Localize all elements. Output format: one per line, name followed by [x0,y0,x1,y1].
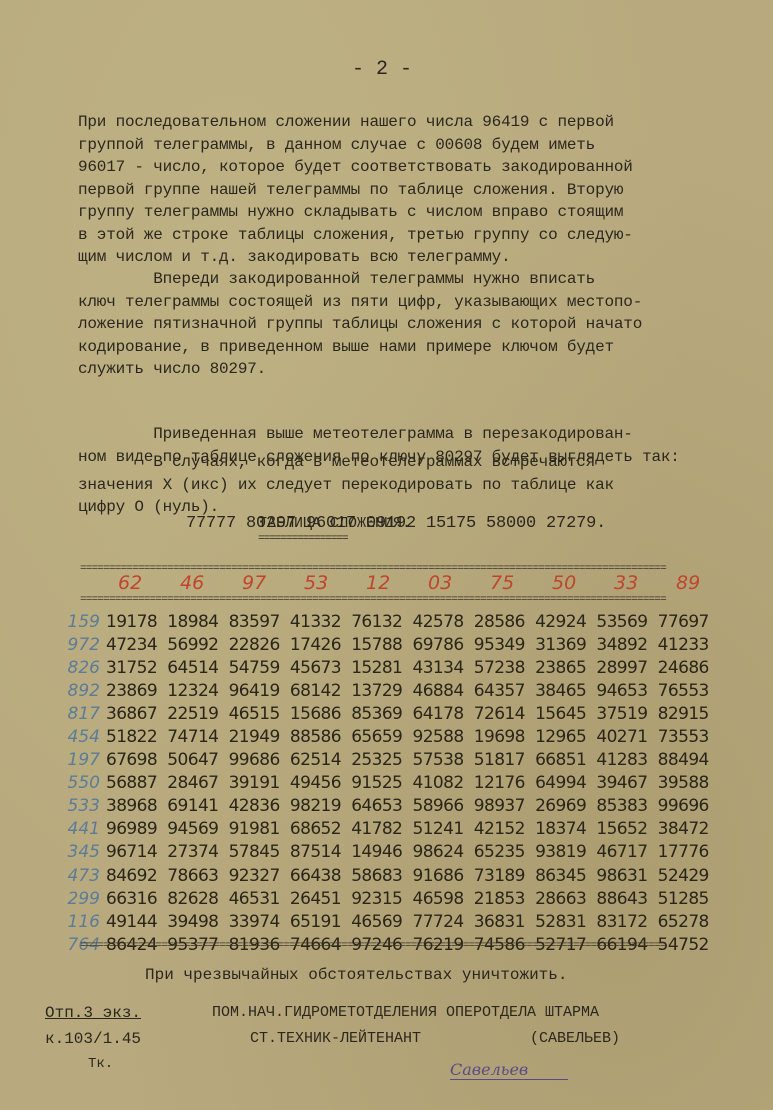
text-line: группу телеграммы нужно складывать с чис… [78,201,718,224]
table-cell: 68652 [290,819,351,839]
text-line: кодирование, в приведенном выше нами при… [78,336,718,359]
table-cell: 99696 [658,796,719,816]
table-cell: 77724 [412,912,473,932]
table-cell: 65191 [290,912,351,932]
table-cell: 92315 [351,889,412,909]
table-cell: 85383 [596,796,657,816]
table-cell: 42578 [412,612,473,632]
table-cell: 19698 [474,727,535,747]
table-cell: 49456 [290,773,351,793]
table-cell: 49144 [106,912,167,932]
text-line: В случаях, когда в метеотелеграммах встр… [78,451,718,474]
column-header: 12 [366,572,428,594]
addition-table: 1591917818984835974133276132425782858642… [60,610,719,956]
row-label: 550 [60,773,106,793]
table-rule-bottom: ========================================… [80,940,740,952]
table-cell: 57538 [412,750,473,770]
row-label: 441 [60,819,106,839]
table-cell: 88643 [596,889,657,909]
table-row: 8922386912324964196814213729468846435738… [60,679,719,702]
column-header: 97 [242,572,304,594]
table-cell: 96419 [229,681,290,701]
table-cell: 98937 [474,796,535,816]
table-cell: 18374 [535,819,596,839]
text-line: первой группе нашей телеграммы по таблиц… [78,179,718,202]
table-cell: 64357 [474,681,535,701]
row-label: 473 [60,866,106,886]
table-cell: 37519 [596,704,657,724]
table-cell: 58966 [412,796,473,816]
table-cell: 31752 [106,658,167,678]
row-label: 299 [60,889,106,909]
text-line: щим числом и т.д. закодировать всю телег… [78,246,718,269]
table-cell: 22519 [167,704,228,724]
table-cell: 91981 [229,819,290,839]
table-cell: 15645 [535,704,596,724]
text-line: Приведенная выше метеотелеграмма в перез… [78,423,718,446]
table-title-underline: ================ [258,533,348,545]
handwritten-signature: Савельев [450,1060,568,1080]
table-cell: 64653 [351,796,412,816]
table-cell: 19178 [106,612,167,632]
table-cell: 12176 [474,773,535,793]
table-cell: 39191 [229,773,290,793]
table-cell: 78663 [167,866,228,886]
table-row: 4738469278663923276643858683916867318986… [60,864,719,887]
table-cell: 68142 [290,681,351,701]
table-cell: 46531 [229,889,290,909]
table-cell: 94569 [167,819,228,839]
table-cell: 99686 [229,750,290,770]
table-cell: 36831 [474,912,535,932]
row-label: 826 [60,658,106,678]
table-cell: 46884 [412,681,473,701]
table-row: 4419698994569919816865241782512414215218… [60,818,719,841]
table-cell: 95349 [474,635,535,655]
table-cell: 72614 [474,704,535,724]
table-cell: 66438 [290,866,351,886]
column-header: 33 [614,572,676,594]
text-line: Впереди закодированной телеграммы нужно … [78,268,718,291]
table-cell: 39498 [167,912,228,932]
table-cell: 38472 [658,819,719,839]
table-cell: 96989 [106,819,167,839]
table-row: 5333896869141428369821964653589669893726… [60,795,719,818]
table-cell: 38465 [535,681,596,701]
table-cell: 41332 [290,612,351,632]
table-cell: 28586 [474,612,535,632]
table-cell: 96714 [106,842,167,862]
table-cell: 26451 [290,889,351,909]
table-cell: 17426 [290,635,351,655]
table-rule-header: ========================================… [80,594,740,606]
table-cell: 41782 [351,819,412,839]
column-header: 89 [676,572,738,594]
table-cell: 17776 [658,842,719,862]
column-header: 75 [490,572,552,594]
row-label: 533 [60,796,106,816]
table-cell: 57238 [474,658,535,678]
table-cell: 85369 [351,704,412,724]
table-cell: 46598 [412,889,473,909]
table-cell: 91525 [351,773,412,793]
table-cell: 23865 [535,658,596,678]
table-cell: 50647 [167,750,228,770]
table-cell: 77697 [658,612,719,632]
table-cell: 15652 [596,819,657,839]
destroy-notice: При чрезвычайных обстоятельствах уничтож… [145,966,567,984]
column-header: 62 [118,572,180,594]
table-cell: 64178 [412,704,473,724]
table-cell: 38968 [106,796,167,816]
table-cell: 46717 [596,842,657,862]
column-header: 03 [428,572,490,594]
table-cell: 92588 [412,727,473,747]
row-label: 817 [60,704,106,724]
table-cell: 98631 [596,866,657,886]
text-line: 96017 - число, которое будет соответство… [78,156,718,179]
table-row: 3459671427374578458751414946986246523593… [60,841,719,864]
table-cell: 98219 [290,796,351,816]
table-cell: 66851 [535,750,596,770]
table-cell: 28997 [596,658,657,678]
table-cell: 41233 [658,635,719,655]
text-line: ключ телеграммы состоящей из пяти цифр, … [78,291,718,314]
table-cell: 39467 [596,773,657,793]
table-cell: 12324 [167,681,228,701]
table-cell: 94653 [596,681,657,701]
table-cell: 31369 [535,635,596,655]
table-cell: 82915 [658,704,719,724]
row-label: 892 [60,681,106,701]
table-cell: 73189 [474,866,535,886]
table-cell: 46515 [229,704,290,724]
table-cell: 84692 [106,866,167,886]
table-cell: 52831 [535,912,596,932]
table-cell: 15686 [290,704,351,724]
text-line: ложение пятизначной группы таблицы сложе… [78,313,718,336]
text-line: При последовательном сложении нашего чис… [78,111,718,134]
table-cell: 58683 [351,866,412,886]
signer-title: ПОМ.НАЧ.ГИДРОМЕТОТДЕЛЕНИЯ ОПЕРОТДЕЛА ШТА… [212,1004,599,1021]
table-cell: 22826 [229,635,290,655]
table-cell: 82628 [167,889,228,909]
table-cell: 28663 [535,889,596,909]
table-cell: 51285 [658,889,719,909]
table-cell: 98624 [412,842,473,862]
table-cell: 43134 [412,658,473,678]
table-cell: 18984 [167,612,228,632]
table-cell: 73553 [658,727,719,747]
table-cell: 15788 [351,635,412,655]
table-row: 1976769850647996866251425325575385181766… [60,749,719,772]
table-cell: 51822 [106,727,167,747]
table-row: 1164914439498339746519146569777243683152… [60,910,719,933]
table-cell: 66316 [106,889,167,909]
table-cell: 15281 [351,658,412,678]
table-cell: 88494 [658,750,719,770]
table-row: 8173686722519465151568685369641787261415… [60,702,719,725]
table-cell: 42924 [535,612,596,632]
table-cell: 12965 [535,727,596,747]
table-cell: 74714 [167,727,228,747]
table-cell: 56992 [167,635,228,655]
table-cell: 41283 [596,750,657,770]
table-cell: 91686 [412,866,473,886]
table-cell: 34892 [596,635,657,655]
row-label: 345 [60,842,106,862]
table-cell: 21853 [474,889,535,909]
table-cell: 53569 [596,612,657,632]
table-cell: 13729 [351,681,412,701]
table-cell: 54759 [229,658,290,678]
table-cell: 69786 [412,635,473,655]
table-cell: 87514 [290,842,351,862]
table-cell: 51241 [412,819,473,839]
table-cell: 57845 [229,842,290,862]
table-cell: 47234 [106,635,167,655]
table-cell: 33974 [229,912,290,932]
column-header: 46 [180,572,242,594]
row-label: 197 [60,750,106,770]
table-cell: 64994 [535,773,596,793]
table-cell: 46569 [351,912,412,932]
table-cell: 51817 [474,750,535,770]
row-label: 159 [60,612,106,632]
table-cell: 76553 [658,681,719,701]
table-row: 2996631682628465312645192315465982185328… [60,887,719,910]
signer-rank: СТ.ТЕХНИК-ЛЕЙТЕНАНТ [250,1030,421,1047]
text-line: значения Х (икс) их следует перекодирова… [78,474,718,497]
table-row: 5505688728467391914945691525410821217664… [60,772,719,795]
table-cell: 27374 [167,842,228,862]
table-cell: 56887 [106,773,167,793]
paragraph-addition-procedure: При последовательном сложении нашего чис… [78,111,718,269]
table-row: 9724723456992228261742615788697869534931… [60,633,719,656]
column-header: 53 [304,572,366,594]
text-line: в этой же строке таблицы сложения, треть… [78,224,718,247]
table-cell: 92327 [229,866,290,886]
document-page: - 2 - При последовательном сложении наше… [0,0,773,1110]
table-cell: 42152 [474,819,535,839]
paragraph-key-description: Впереди закодированной телеграммы нужно … [78,268,718,381]
table-cell: 21949 [229,727,290,747]
table-cell: 76132 [351,612,412,632]
row-label: 454 [60,727,106,747]
table-cell: 83172 [596,912,657,932]
table-cell: 40271 [596,727,657,747]
table-cell: 52429 [658,866,719,886]
table-cell: 26969 [535,796,596,816]
reference-number: к.103/1.45 [45,1030,141,1048]
table-row: 8263175264514547594567315281431345723823… [60,656,719,679]
table-cell: 83597 [229,612,290,632]
table-cell: 41082 [412,773,473,793]
table-cell: 25325 [351,750,412,770]
table-cell: 14946 [351,842,412,862]
signer-name: (САВЕЛЬЕВ) [530,1030,620,1047]
table-cell: 23869 [106,681,167,701]
text-line: группой телеграммы, в данном случае с 00… [78,134,718,157]
row-label: 116 [60,912,106,932]
table-cell: 39588 [658,773,719,793]
table-row: 4545182274714219498858665659925881969812… [60,725,719,748]
table-cell: 93819 [535,842,596,862]
table-cell: 65278 [658,912,719,932]
table-cell: 42836 [229,796,290,816]
table-cell: 69141 [167,796,228,816]
table-cell: 62514 [290,750,351,770]
table-cell: 24686 [658,658,719,678]
column-header: 50 [552,572,614,594]
table-cell: 65235 [474,842,535,862]
table-cell: 64514 [167,658,228,678]
copies-note: Отп.3 экз. [45,1004,141,1022]
table-cell: 86345 [535,866,596,886]
page-number: - 2 - [352,58,412,81]
table-title: ТАБЛИЦА СЛОЖЕНИЯ. [258,515,411,532]
column-headers: 62469753120375503389 [118,572,738,594]
table-cell: 45673 [290,658,351,678]
table-cell: 65659 [351,727,412,747]
table-cell: 28467 [167,773,228,793]
table-cell: 67698 [106,750,167,770]
paragraph-x-value-rule: В случаях, когда в метеотелеграммах встр… [78,451,718,519]
row-label: 972 [60,635,106,655]
table-cell: 88586 [290,727,351,747]
typist-mark: Тк. [88,1056,113,1072]
table-cell: 36867 [106,704,167,724]
table-row: 1591917818984835974133276132425782858642… [60,610,719,633]
